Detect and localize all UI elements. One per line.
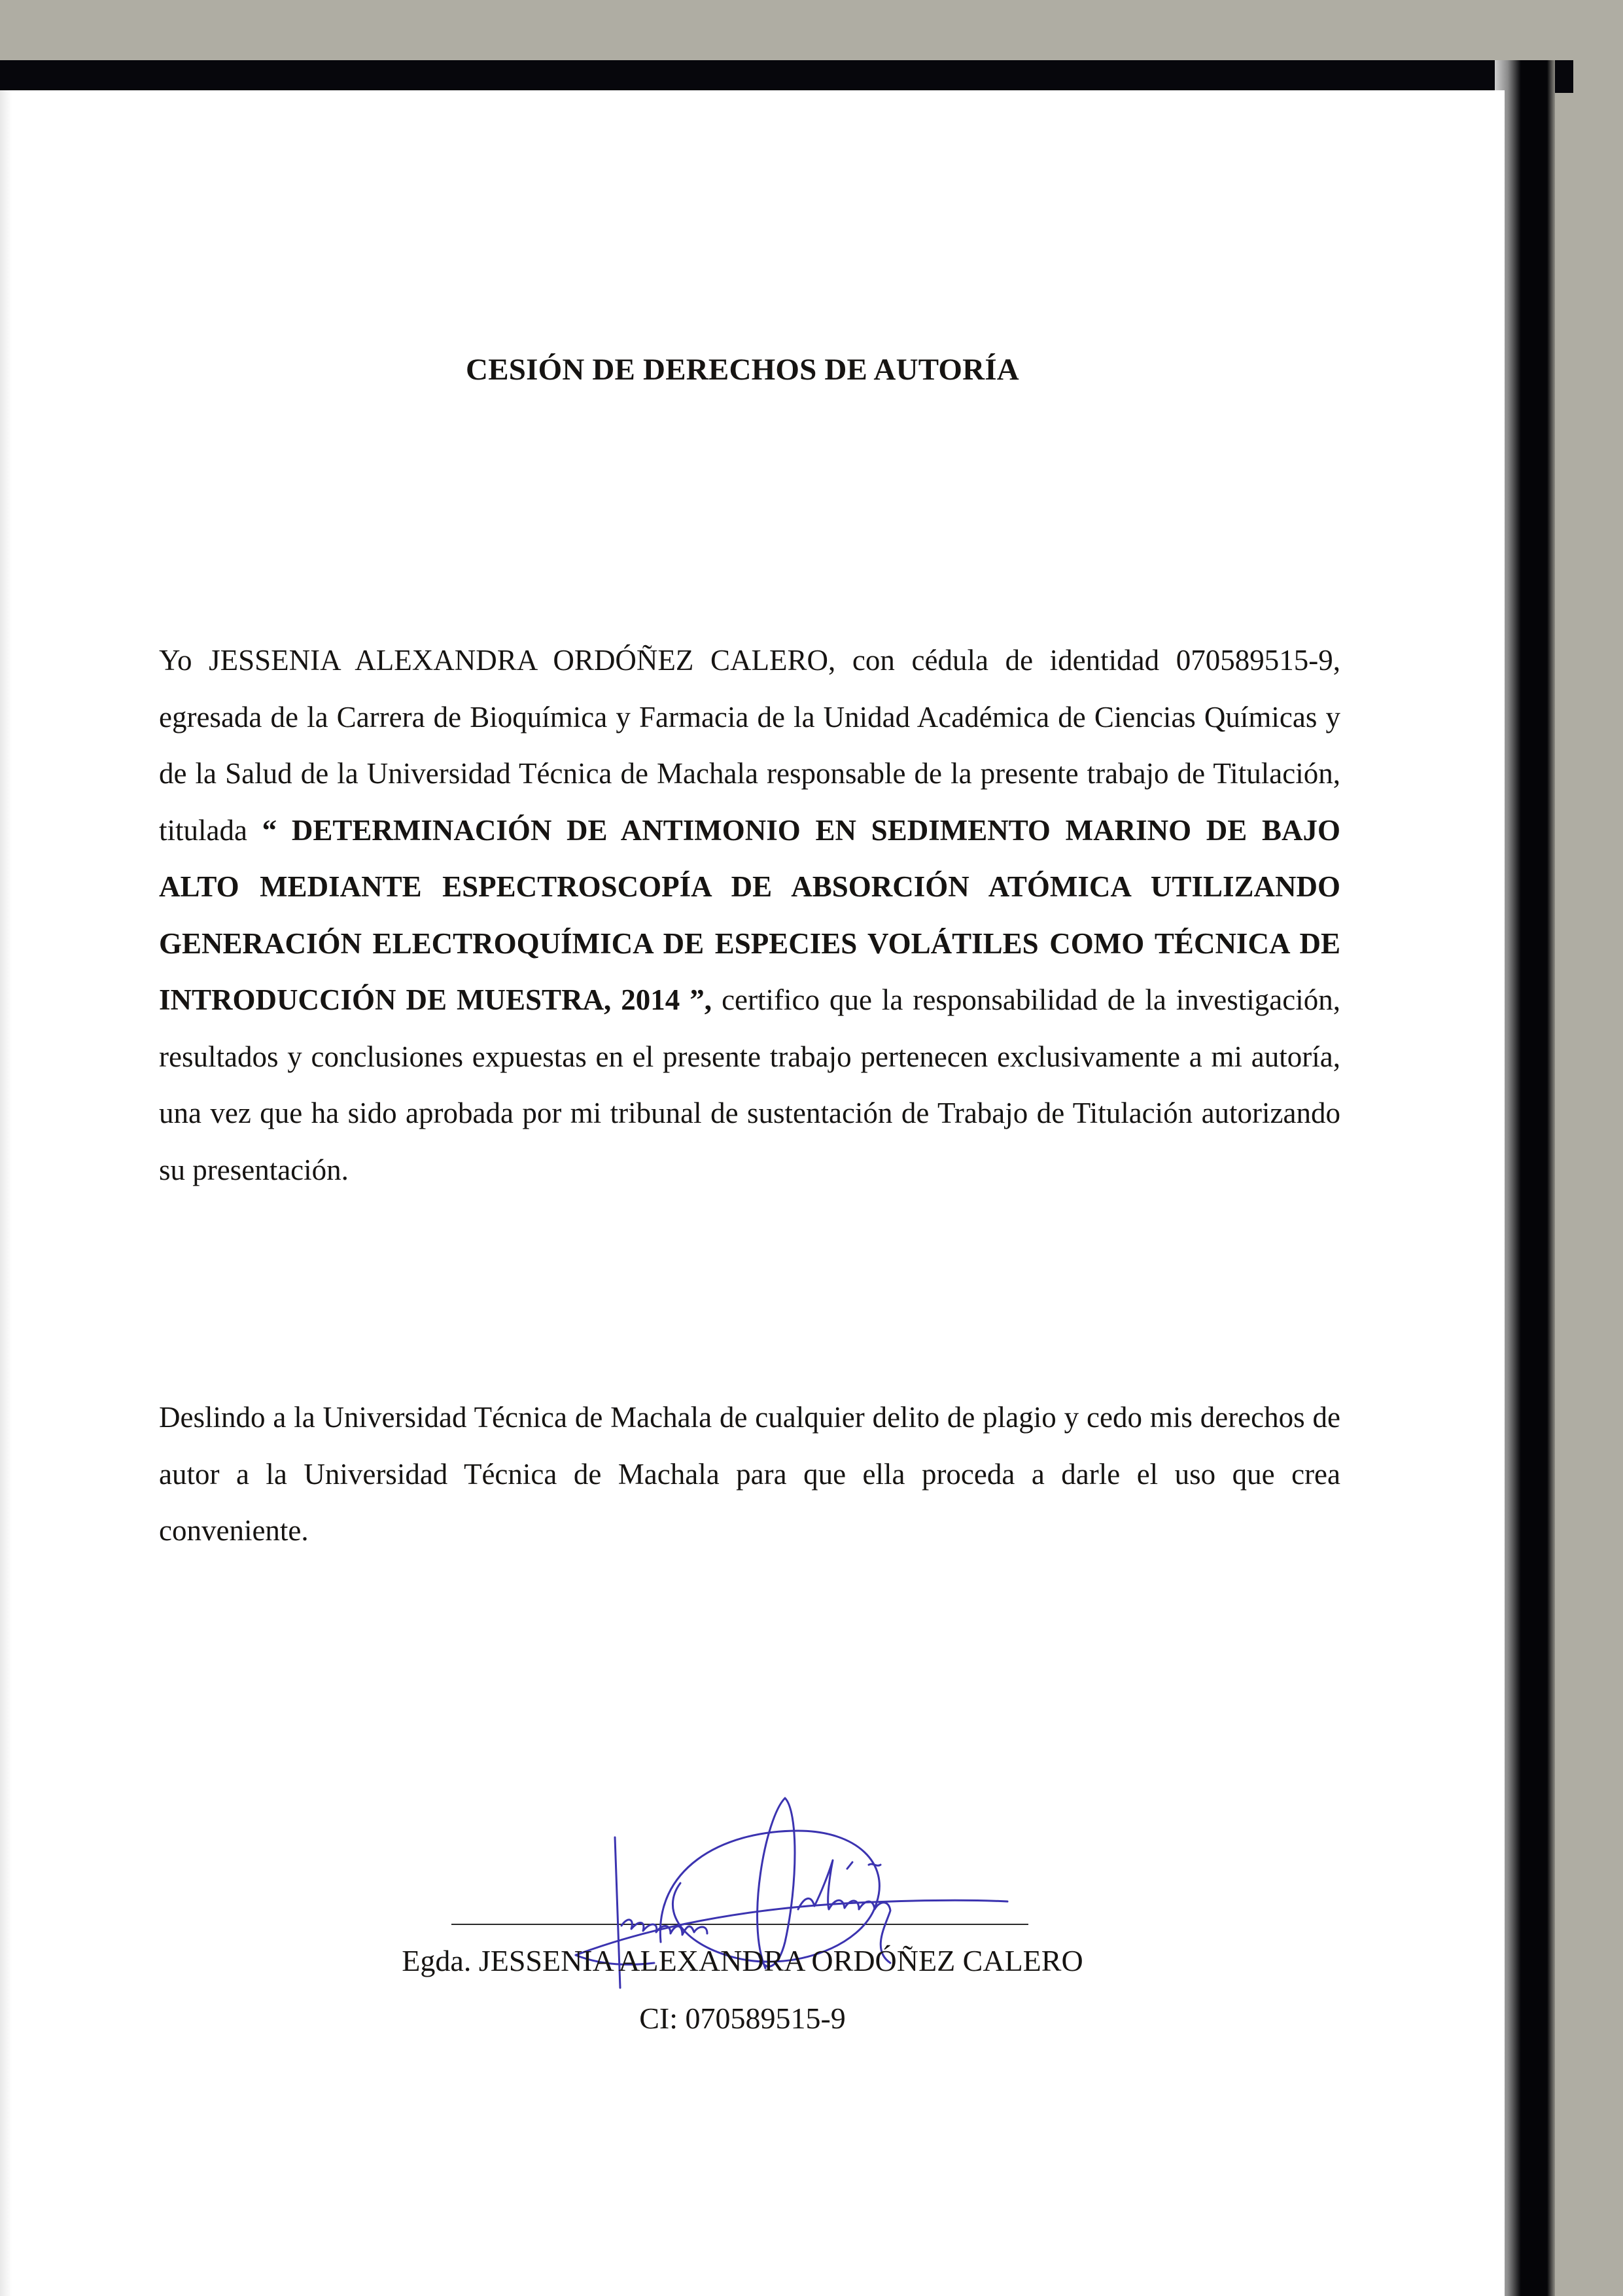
declaration-paragraph: Yo JESSENIA ALEXANDRA ORDÓÑEZ CALERO, co… bbox=[159, 632, 1340, 1198]
document-title: CESIÓN DE DERECHOS DE AUTORÍA bbox=[0, 352, 1485, 387]
signer-name: Egda. JESSENIA ALEXANDRA ORDÓÑEZ CALERO bbox=[0, 1943, 1485, 1978]
scan-border-top bbox=[0, 60, 1573, 93]
signer-id: CI: 070589515-9 bbox=[0, 2001, 1485, 2036]
document-page: CESIÓN DE DERECHOS DE AUTORÍA Yo JESSENI… bbox=[0, 90, 1505, 2296]
rights-paragraph: Deslindo a la Universidad Técnica de Mac… bbox=[159, 1389, 1340, 1559]
